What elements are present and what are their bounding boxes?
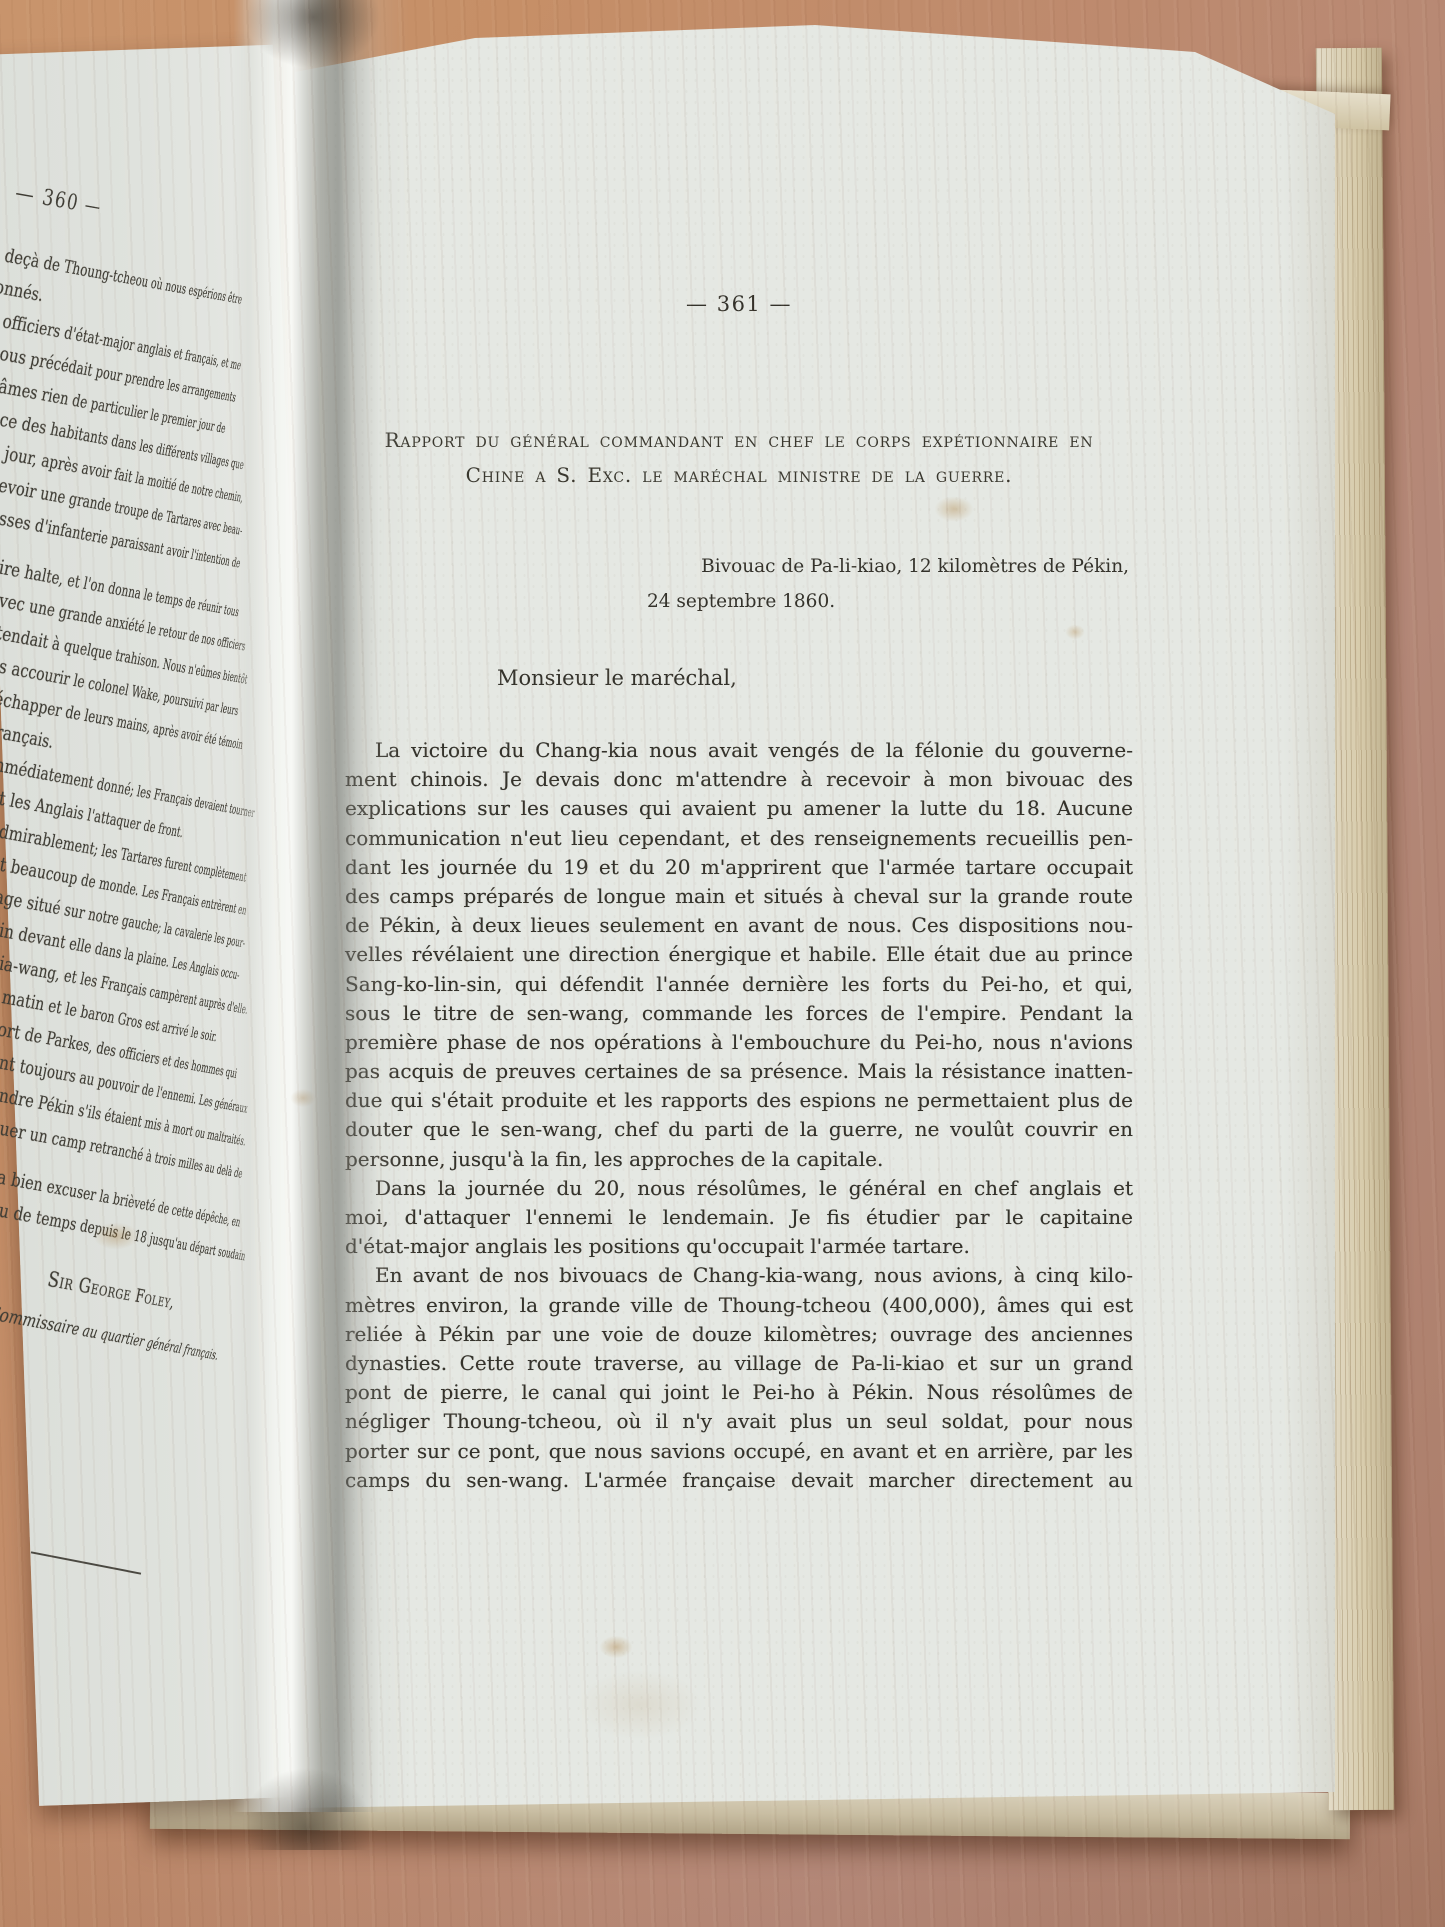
left-page-text: — 360 — n deçà de Thoung-tcheou où nous … xyxy=(0,172,276,1692)
letter-body-line: Dans la journée du 20, nous résolûmes, l… xyxy=(345,1174,1133,1203)
letter-body-line: La victoire du Chang-kia nous avait veng… xyxy=(345,736,1133,765)
letter-body-line: explications sur les causes qui avaient … xyxy=(345,794,1133,823)
left-page-fragment-line: Commissaire au quartier général français… xyxy=(0,1302,161,1352)
letter-body-line: dant les journée du 19 et du 20 m'apprir… xyxy=(345,853,1133,882)
letter-body-line: première phase de nos opérations à l'emb… xyxy=(345,1028,1133,1057)
letter-body-line: due qui s'était produite et les rapports… xyxy=(345,1086,1133,1115)
letter-body-line: reliée à Pékin par une voie de douze kil… xyxy=(345,1320,1133,1349)
page-number-361: — 361 — xyxy=(345,292,1133,316)
letter-body-line: mètres environ, la grande ville de Thoun… xyxy=(345,1291,1133,1320)
letter-body-line: de Pékin, à deux lieues seulement en ava… xyxy=(345,911,1133,940)
dateline-date: 24 septembre 1860. xyxy=(647,591,835,612)
letter-body-line: douter que le sen-wang, chef du parti de… xyxy=(345,1115,1133,1144)
letter-body-line: négliger Thoung-tcheou, où il n'y avait … xyxy=(345,1407,1133,1436)
letter-body-line: des camps préparés de longue main et sit… xyxy=(345,882,1133,911)
left-page-fragment-list: n deçà de Thoung-tcheou où nous espérion… xyxy=(0,242,276,1416)
letter-body-line: moi, d'attaquer l'ennemi le lendemain. J… xyxy=(345,1203,1133,1232)
salutation: Monsieur le maréchal, xyxy=(497,666,737,690)
letter-body-line: En avant de nos bivouacs de Chang-kia-wa… xyxy=(345,1261,1133,1290)
letter-body-line: ment chinois. Je devais donc m'attendre … xyxy=(345,765,1133,794)
left-page-fragment-line: Sir George Foley, xyxy=(46,1269,193,1314)
letter-body-line: pas acquis de preuves certaines de sa pr… xyxy=(345,1057,1133,1086)
report-title-line1: Rapport du général commandant en chef le… xyxy=(345,428,1133,452)
letter-body: La victoire du Chang-kia nous avait veng… xyxy=(345,736,1133,1495)
letter-body-line: sous le titre de sen-wang, commande les … xyxy=(345,999,1133,1028)
report-title-line2: Chine a S. Exc. le maréchal ministre de … xyxy=(345,463,1133,487)
letter-body-line: porter sur ce pont, que nous savions occ… xyxy=(345,1437,1133,1466)
letter-body-line: personne, jusqu'à la fin, les approches … xyxy=(345,1145,1133,1174)
letter-body-line: dynasties. Cette route traverse, au vill… xyxy=(345,1349,1133,1378)
letter-body-line: pont de pierre, le canal qui joint le Pe… xyxy=(345,1378,1133,1407)
letter-body-line: communication n'eut lieu cependant, et d… xyxy=(345,824,1133,853)
letter-body-line: Sang-ko-lin-sin, qui défendit l'année de… xyxy=(345,970,1133,999)
dateline-location: Bivouac de Pa-li-kiao, 12 kilomètres de … xyxy=(345,556,1133,577)
page-number-360: — 360 — xyxy=(13,180,182,232)
left-page-fragment-line: : xyxy=(0,1395,162,1445)
letter-body-line: camps du sen-wang. L'armée française dev… xyxy=(345,1466,1133,1495)
letter-body-line: d'état-major anglais les positions qu'oc… xyxy=(345,1232,1133,1261)
wood-table-background: — 360 — n deçà de Thoung-tcheou où nous … xyxy=(0,0,1445,1927)
letter-body-line: velles révélaient une direction énergiqu… xyxy=(345,940,1133,969)
right-page-content: — 361 — Rapport du général commandant en… xyxy=(295,20,1335,1800)
